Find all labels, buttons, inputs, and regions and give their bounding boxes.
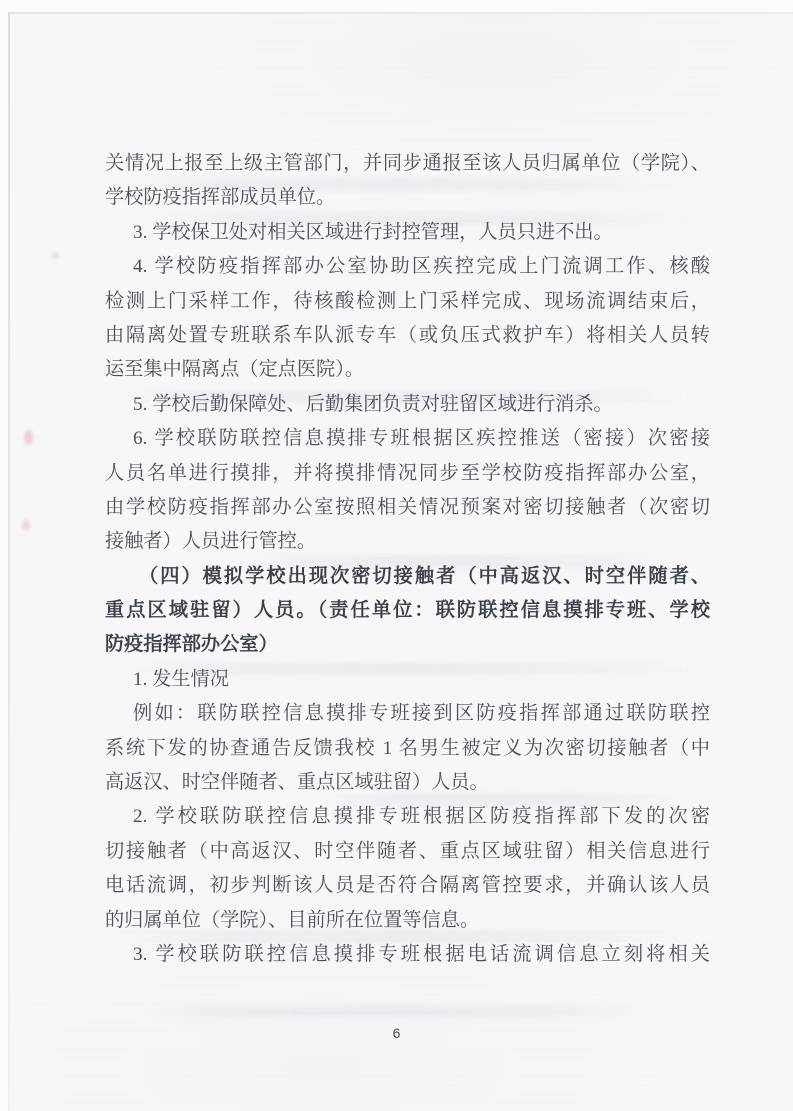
text-line: 高返汉、时空伴随者、重点区域驻留）人员。 (105, 766, 710, 800)
section-heading-line: 防疫指挥部办公室） (105, 628, 710, 662)
text-line: 由学校防疫指挥部办公室按照相关情况预案对密切接触者（次密切 (105, 491, 710, 525)
text-line: 3. 学校联防联控信息摸排专班根据电话流调信息立刻将相关 (105, 938, 710, 972)
text-line: 5. 学校后勤保障处、后勤集团负责对驻留区域进行消杀。 (105, 388, 710, 422)
text-line: 由隔离处置专班联系车队派专车（或负压式救护车）将相关人员转 (105, 319, 710, 353)
text-line: 6. 学校联防联控信息摸排专班根据区疾控推送（密接）次密接 (105, 422, 710, 456)
section-heading-line: （四）模拟学校出现次密切接触者（中高返汉、时空伴随者、 (105, 560, 710, 594)
scan-left-edge (8, 13, 10, 1111)
page-number: 6 (0, 1025, 793, 1045)
text-line: 的归属单位（学院）、目前所在位置等信息。 (105, 904, 710, 938)
text-line: 接触者）人员进行管控。 (105, 525, 710, 559)
text-line: 4. 学校防疫指挥部办公室协助区疾控完成上门流调工作、核酸 (105, 250, 710, 284)
text-line: 系统下发的协查通告反馈我校 1 名男生被定义为次密切接触者（中 (105, 732, 710, 766)
text-line: 2. 学校联防联控信息摸排专班根据区防疫指挥部下发的次密 (105, 800, 710, 834)
text-line: 人员名单进行摸排，并将摸排情况同步至学校防疫指挥部办公室， (105, 457, 710, 491)
scan-top-edge (8, 12, 793, 14)
text-line: 电话流调，初步判断该人员是否符合隔离管控要求，并确认该人员 (105, 869, 710, 903)
text-line: 切接触者（中高返汉、时空伴随者、重点区域驻留）相关信息进行 (105, 835, 710, 869)
text-line: 关情况上报至上级主管部门，并同步通报至该人员归属单位（学院）、 (105, 147, 710, 181)
section-heading-line: 重点区域驻留）人员。（责任单位：联防联控信息摸排专班、学校 (105, 594, 710, 628)
document-body: 关情况上报至上级主管部门，并同步通报至该人员归属单位（学院）、 学校防疫指挥部成… (105, 147, 710, 972)
scanned-document-page: { "page": { "number": "6", "colors": { "… (0, 0, 793, 1111)
text-line: 检测上门采样工作，待核酸检测上门采样完成、现场流调结束后， (105, 285, 710, 319)
text-line: 运至集中隔离点（定点医院）。 (105, 353, 710, 387)
text-line: 1. 发生情况 (105, 663, 710, 697)
text-line: 学校防疫指挥部成员单位。 (105, 181, 710, 215)
text-line: 3. 学校保卫处对相关区域进行封控管理，人员只进不出。 (105, 216, 710, 250)
text-line: 例如：联防联控信息摸排专班接到区防疫指挥部通过联防联控 (105, 697, 710, 731)
